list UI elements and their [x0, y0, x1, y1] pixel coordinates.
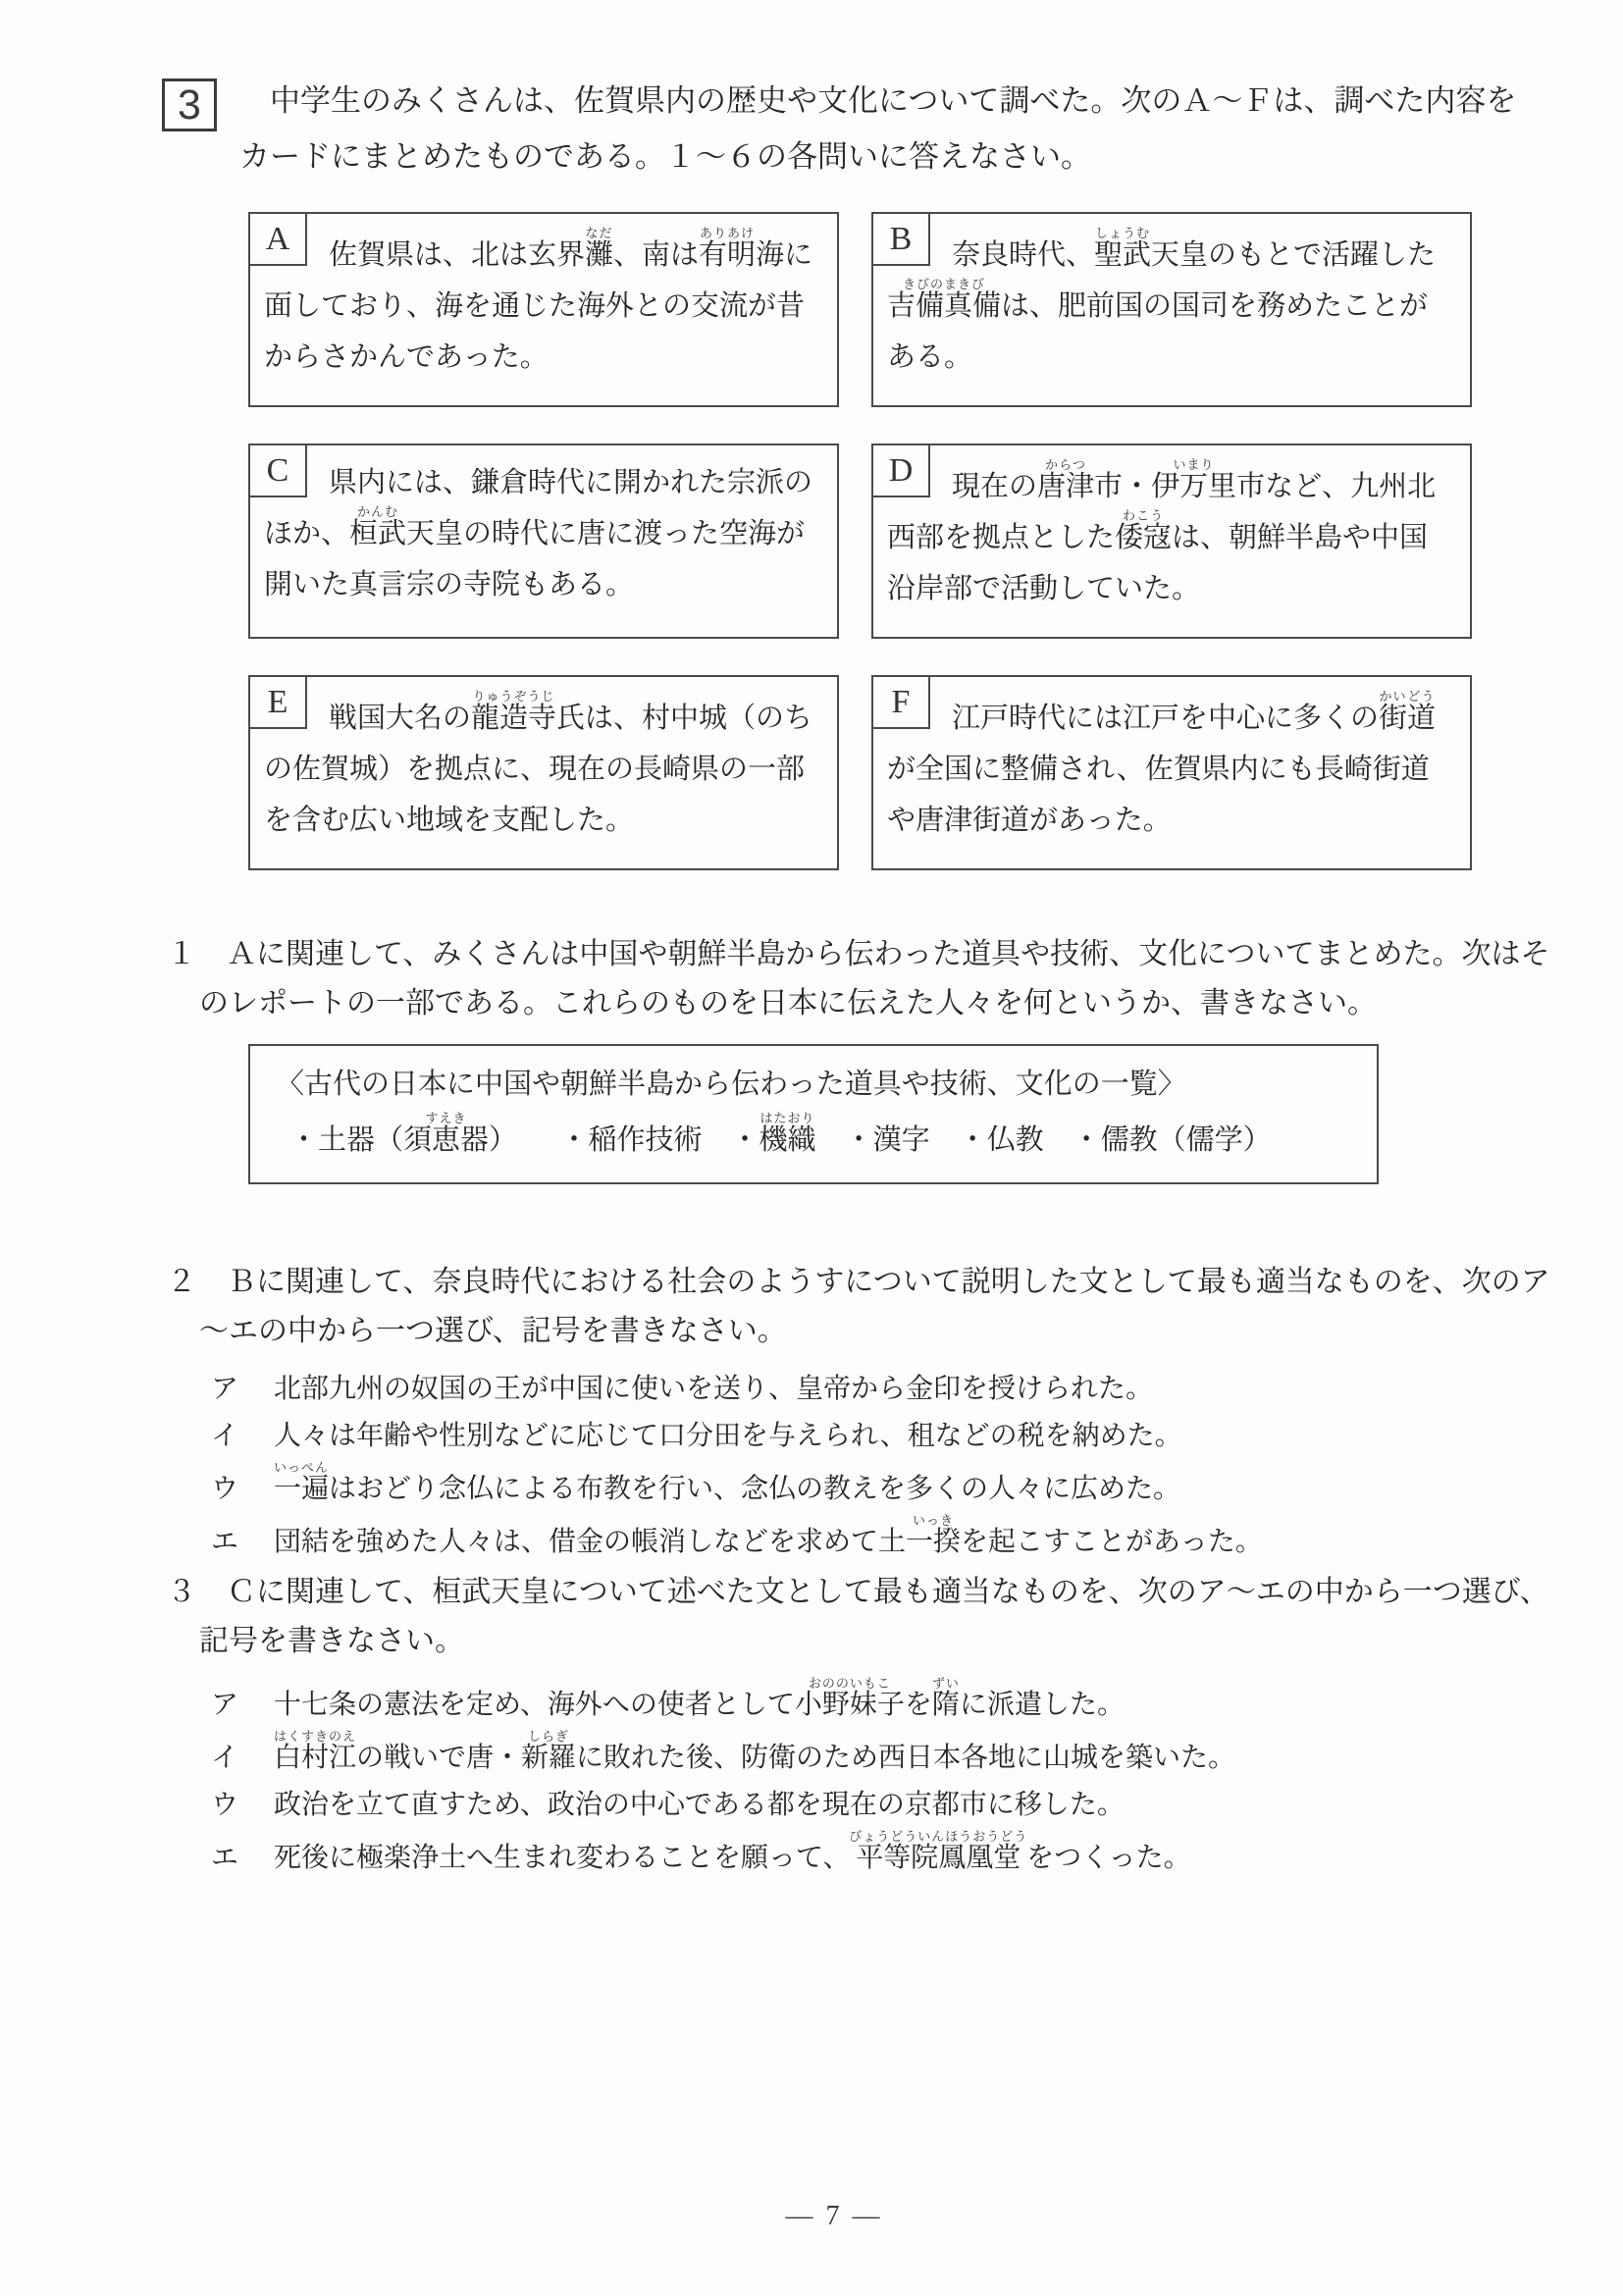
card-b: B 奈良時代、聖武しょうむ天皇のもとで活躍した吉備真備きびのまきびは、肥前国の国…	[871, 212, 1472, 407]
question-2-option-e-mark: エ	[211, 1519, 274, 1566]
question-3-option-a-text: 十七条の憲法を定め、海外への使者として小野妹子おののいもこを隋ずいに派遣した。	[274, 1690, 1125, 1720]
question-1: １Ａに関連して、みくさんは中国や朝鮮半島から伝わった道具や技術、文化についてまと…	[0, 930, 1623, 1184]
question-3-option-u-text: 政治を立て直すため、政治の中心である都を現在の京都市に移した。	[274, 1790, 1125, 1820]
question-3-option-a-mark: ア	[211, 1682, 274, 1729]
question-2-option-a-text: 北部九州の奴国の王が中国に使いを送り、皇帝から金印を授けられた。	[274, 1374, 1153, 1404]
question-2-number: ２	[167, 1258, 227, 1307]
card-d-text: 現在の唐津からつ市・伊万里いまり市など、九州北西部を拠点とした倭寇わこうは、朝鮮…	[887, 457, 1454, 614]
question-2-option-i: イ人々は年齢や性別などに応じて口分田を与えられ、租などの税を納めた。	[211, 1413, 1584, 1460]
section-number-box: 3	[162, 78, 217, 131]
question-2-statement: ２Ｂに関連して、奈良時代における社会のようすについて説明した文として最も適当なも…	[199, 1258, 1568, 1356]
question-2-option-u-mark: ウ	[211, 1466, 274, 1513]
question-3-number: ３	[167, 1568, 227, 1617]
question-2-text: Ｂに関連して、奈良時代における社会のようすについて説明した文として最も適当なもの…	[199, 1266, 1550, 1347]
card-e-label: E	[248, 675, 307, 729]
question-2-options: ア北部九州の奴国の王が中国に使いを送り、皇帝から金印を授けられた。 イ人々は年齢…	[0, 1366, 1623, 1566]
card-e-text: 戦国大名の龍造寺りゅうぞうじ氏は、村中城（のちの佐賀城）を拠点に、現在の長崎県の…	[264, 689, 821, 846]
page-number: ― 7 ―	[0, 2201, 1623, 2232]
question-2-option-e: エ団結を強めた人々は、借金の帳消しなどを求めて土一揆いっきを起こすことがあった。	[211, 1513, 1584, 1566]
card-b-text: 奈良時代、聖武しょうむ天皇のもとで活躍した吉備真備きびのまきびは、肥前国の国司を…	[887, 226, 1454, 383]
card-c: C 県内には、鎌倉時代に開かれた宗派のほか、桓武かんむ天皇の時代に唐に渡った空海…	[248, 444, 839, 639]
question-3-option-u-mark: ウ	[211, 1782, 274, 1829]
card-c-text: 県内には、鎌倉時代に開かれた宗派のほか、桓武かんむ天皇の時代に唐に渡った空海が開…	[264, 457, 821, 610]
report-items: ・土器（須恵器すえき） ・稲作技術 ・機織はたおり ・漢字 ・仏教 ・儒教（儒学…	[276, 1111, 1351, 1167]
question-3-statement: ３Ｃに関連して、桓武天皇について述べた文として最も適当なものを、次のア～エの中か…	[199, 1568, 1568, 1666]
card-d: D 現在の唐津からつ市・伊万里いまり市など、九州北西部を拠点とした倭寇わこうは、…	[871, 444, 1472, 639]
question-1-number: １	[167, 930, 227, 979]
cards-grid: A 佐賀県は、北は玄界灘なだ、南は有明ありあけ海に面しており、海を通じた海外との…	[248, 212, 1472, 870]
question-1-statement: １Ａに関連して、みくさんは中国や朝鮮半島から伝わった道具や技術、文化についてまと…	[199, 930, 1568, 1028]
question-3-option-e-text: 死後に極楽浄土へ生まれ変わることを願って、平等院鳳凰堂びょうどういんほうおうどう…	[274, 1843, 1191, 1873]
report-box: 〈古代の日本に中国や朝鮮半島から伝わった道具や技術、文化の一覧〉 ・土器（須恵器…	[248, 1044, 1379, 1184]
question-2-option-a-mark: ア	[211, 1366, 274, 1413]
card-f-text: 江戸時代には江戸を中心に多くの街かい道どうが全国に整備され、佐賀県内にも長崎街道…	[887, 689, 1454, 846]
question-3-option-i: イ白村江はくすきのえの戦いで唐・新羅しらぎに敗れた後、防衛のため西日本各地に山城…	[211, 1729, 1584, 1782]
exam-page: 3 中学生のみくさんは、佐賀県内の歴史や文化について調べた。次のＡ～Ｆは、調べた…	[0, 0, 1623, 2296]
section-number: 3	[178, 81, 201, 130]
question-3-option-i-text: 白村江はくすきのえの戦いで唐・新羅しらぎに敗れた後、防衛のため西日本各地に山城を…	[274, 1743, 1235, 1773]
question-1-text: Ａに関連して、みくさんは中国や朝鮮半島から伝わった道具や技術、文化についてまとめ…	[199, 938, 1550, 1019]
question-2-option-i-mark: イ	[211, 1413, 274, 1460]
question-3-text: Ｃに関連して、桓武天皇について述べた文として最も適当なものを、次のア～エの中から…	[199, 1576, 1549, 1657]
card-d-label: D	[871, 444, 930, 497]
question-3-option-e-mark: エ	[211, 1835, 274, 1882]
card-e: E 戦国大名の龍造寺りゅうぞうじ氏は、村中城（のちの佐賀城）を拠点に、現在の長崎…	[248, 675, 839, 870]
card-a-label: A	[248, 212, 307, 266]
card-a: A 佐賀県は、北は玄界灘なだ、南は有明ありあけ海に面しており、海を通じた海外との…	[248, 212, 839, 407]
question-3-option-u: ウ政治を立て直すため、政治の中心である都を現在の京都市に移した。	[211, 1782, 1584, 1829]
question-3-option-a: ア十七条の憲法を定め、海外への使者として小野妹子おののいもこを隋ずいに派遣した。	[211, 1676, 1584, 1729]
card-b-label: B	[871, 212, 930, 266]
question-2-option-i-text: 人々は年齢や性別などに応じて口分田を与えられ、租などの税を納めた。	[274, 1421, 1182, 1451]
report-heading: 〈古代の日本に中国や朝鮮半島から伝わった道具や技術、文化の一覧〉	[276, 1058, 1351, 1111]
question-3-option-e: エ死後に極楽浄土へ生まれ変わることを願って、平等院鳳凰堂びょうどういんほうおうど…	[211, 1829, 1584, 1882]
question-2: ２Ｂに関連して、奈良時代における社会のようすについて説明した文として最も適当なも…	[0, 1258, 1623, 1566]
card-a-text: 佐賀県は、北は玄界灘なだ、南は有明ありあけ海に面しており、海を通じた海外との交流…	[264, 226, 821, 383]
question-2-option-u: ウ一遍いっぺんはおどり念仏による布教を行い、念仏の教えを多くの人々に広めた。	[211, 1460, 1584, 1513]
card-c-label: C	[248, 444, 307, 497]
question-3: ３Ｃに関連して、桓武天皇について述べた文として最も適当なものを、次のア～エの中か…	[0, 1568, 1623, 1882]
question-2-option-u-text: 一遍いっぺんはおどり念仏による布教を行い、念仏の教えを多くの人々に広めた。	[274, 1474, 1180, 1504]
question-3-option-i-mark: イ	[211, 1735, 274, 1782]
section-intro: 中学生のみくさんは、佐賀県内の歴史や文化について調べた。次のＡ～Ｆは、調べた内容…	[239, 73, 1535, 184]
card-f-label: F	[871, 675, 930, 729]
card-f: F 江戸時代には江戸を中心に多くの街かい道どうが全国に整備され、佐賀県内にも長崎…	[871, 675, 1472, 870]
question-2-option-a: ア北部九州の奴国の王が中国に使いを送り、皇帝から金印を授けられた。	[211, 1366, 1584, 1413]
question-3-options: ア十七条の憲法を定め、海外への使者として小野妹子おののいもこを隋ずいに派遣した。…	[0, 1676, 1623, 1882]
question-2-option-e-text: 団結を強めた人々は、借金の帳消しなどを求めて土一揆いっきを起こすことがあった。	[274, 1527, 1263, 1557]
